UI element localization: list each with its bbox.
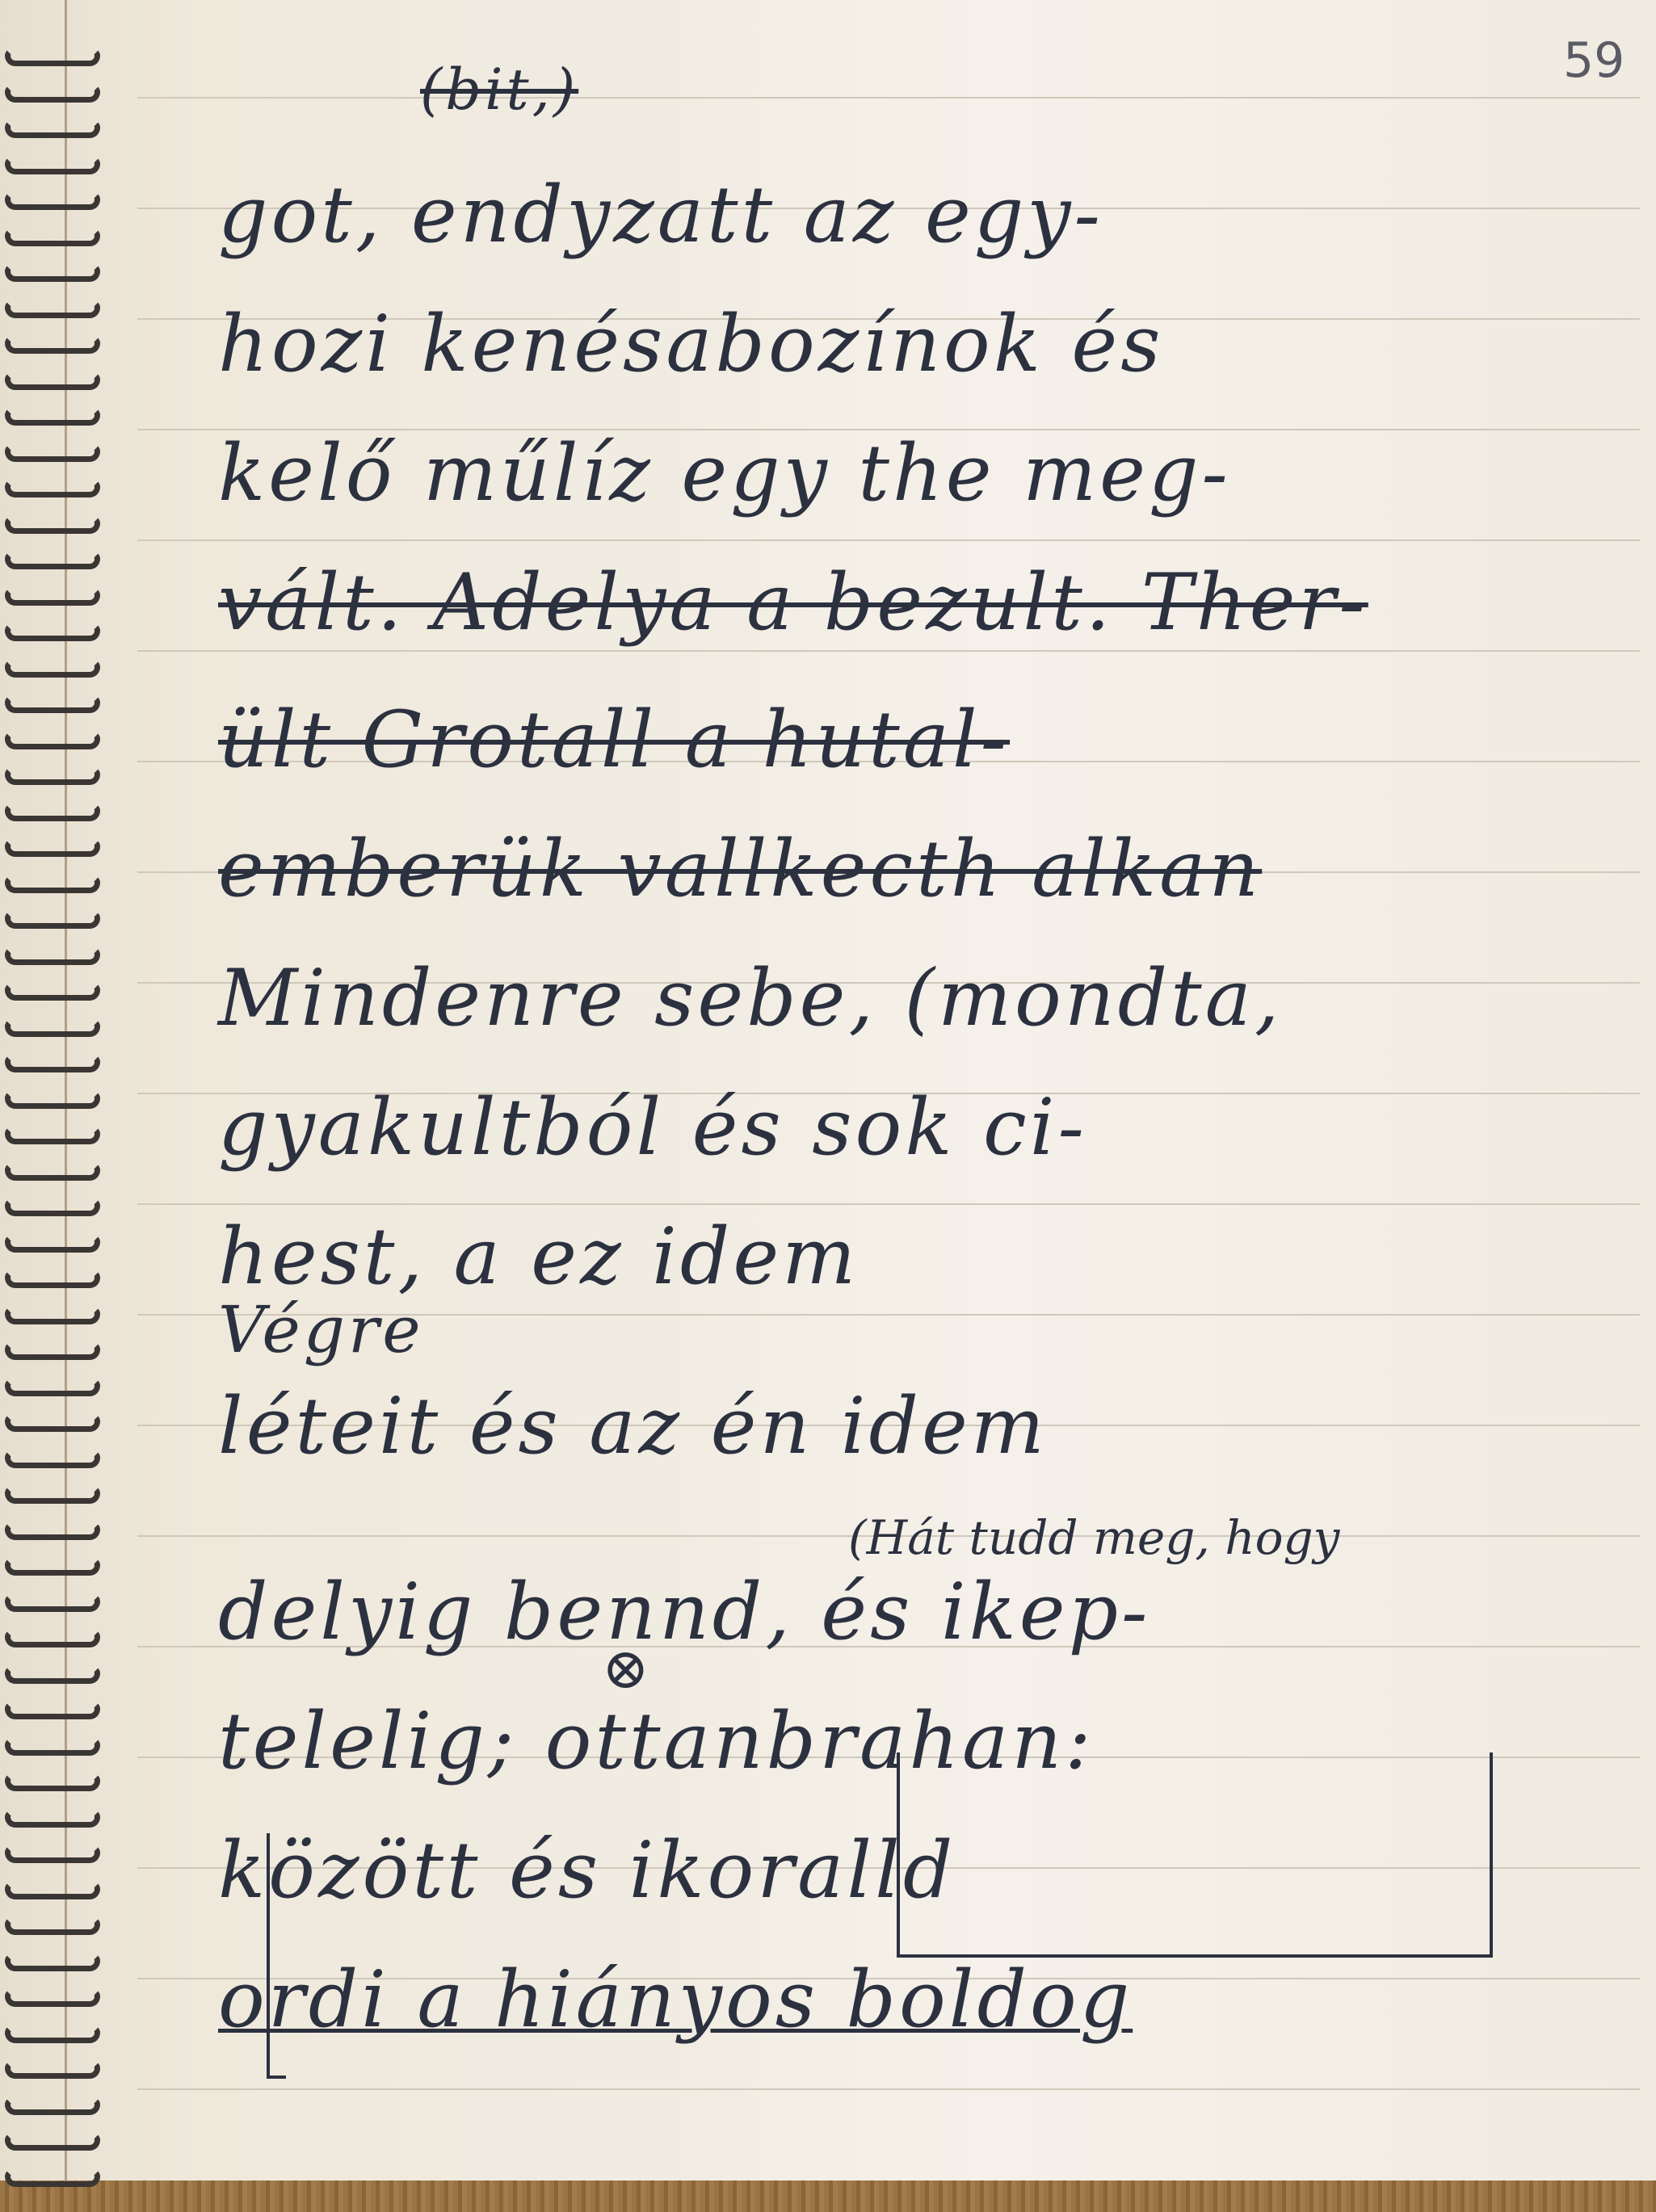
ruled-line: [137, 1203, 1640, 1205]
spiral-ring: [5, 336, 100, 354]
spiral-ring: [5, 1379, 100, 1396]
handwritten-line: Mindenre sebe, (mondta,: [218, 953, 1282, 1043]
spiral-ring: [5, 229, 100, 246]
spiral-ring: [5, 552, 100, 569]
spiral-ring: [5, 1666, 100, 1684]
spiral-ring: [5, 1810, 100, 1828]
spiral-ring: [5, 1270, 100, 1288]
spiral-ring: [5, 1127, 100, 1144]
handwritten-line: kelő műlíz egy the meg-: [218, 428, 1231, 518]
spiral-ring: [5, 1342, 100, 1360]
spiral-ring: [5, 157, 100, 174]
spiral-ring: [5, 623, 100, 641]
spiral-ring: [5, 2133, 100, 2151]
spiral-ring: [5, 875, 100, 893]
spiral-ring: [5, 2025, 100, 2043]
page-number: 59: [1563, 32, 1624, 89]
spiral-ring: [5, 1307, 100, 1324]
spiral-ring: [5, 1450, 100, 1468]
spiral-ring: [5, 1486, 100, 1504]
spiral-ring: [5, 1091, 100, 1109]
spiral-ring: [5, 804, 100, 821]
spiral-ring: [5, 767, 100, 785]
handwritten-line: got, endyzatt az egy-: [218, 170, 1103, 260]
spiral-ring: [5, 372, 100, 390]
spiral-ring: [5, 1630, 100, 1647]
spiral-ring: [5, 120, 100, 138]
spiral-ring: [5, 1055, 100, 1072]
handwritten-line: hest, a ez idem: [218, 1211, 859, 1302]
spiral-ring: [5, 1917, 100, 1935]
spiral-ring: [5, 1198, 100, 1216]
ruled-line: [137, 650, 1640, 652]
handwritten-line: léteit és az én idem: [218, 1381, 1048, 1471]
ruled-line: [137, 2088, 1640, 2090]
spiral-ring: [5, 480, 100, 497]
handwritten-line: hozi kenésabozínok és: [218, 299, 1163, 389]
handwritten-line: vált. Adelya a bezult. Ther-: [218, 557, 1368, 648]
spiral-ring: [5, 1163, 100, 1181]
handwritten-line: gyakultból és sok ci-: [218, 1082, 1087, 1173]
handwritten-line: ült Grotall a hutal-: [218, 695, 1010, 785]
spiral-ring: [5, 444, 100, 462]
spiral-ring: [5, 1845, 100, 1863]
handwritten-line: (bit,): [420, 57, 578, 123]
spiral-ring: [5, 300, 100, 318]
spiral-ring: [5, 1522, 100, 1540]
spiral-ring: [5, 1414, 100, 1432]
spiral-ring: [5, 660, 100, 678]
handwritten-line: emberük vallkecth alkan: [218, 824, 1262, 914]
spiral-ring: [5, 85, 100, 103]
ruled-line: [137, 539, 1640, 541]
spiral-ring: [5, 264, 100, 282]
spiral-ring: [5, 2061, 100, 2079]
spiral-ring: [5, 408, 100, 426]
insertion-bracket: [897, 1752, 1493, 1958]
spiral-ring: [5, 1235, 100, 1253]
spiral-ring: [5, 1738, 100, 1756]
handwritten-line: között és ikoralld: [218, 1825, 956, 1916]
insertion-bracket-left: [267, 1833, 286, 2079]
spiral-binding: [0, 0, 113, 2181]
spiral-ring: [5, 48, 100, 66]
spiral-ring: [5, 2097, 100, 2115]
spiral-ring: [5, 192, 100, 210]
spiral-ring: [5, 516, 100, 534]
spiral-ring: [5, 588, 100, 606]
spiral-ring: [5, 839, 100, 857]
spiral-ring: [5, 695, 100, 713]
spiral-ring: [5, 1954, 100, 1971]
spiral-ring: [5, 2169, 100, 2187]
spiral-ring: [5, 1558, 100, 1576]
spiral-ring: [5, 947, 100, 965]
wooden-table-edge: [0, 2181, 1656, 2212]
spiral-ring: [5, 1773, 100, 1791]
spiral-ring: [5, 1702, 100, 1719]
spiral-ring: [5, 1882, 100, 1899]
margin-annotation: (Hát tudd meg, hogy: [848, 1510, 1339, 1565]
spiral-ring: [5, 1019, 100, 1037]
handwritten-line: ordi a hiányos boldog: [218, 1954, 1133, 2045]
spiral-ring: [5, 1989, 100, 2007]
spiral-ring: [5, 911, 100, 929]
spiral-ring: [5, 732, 100, 749]
asterisk-mark-icon: ⊗: [602, 1635, 649, 1702]
spiral-ring: [5, 983, 100, 1001]
handwritten-line: delyig bennd, és ikep-: [218, 1567, 1150, 1657]
spiral-ring: [5, 1594, 100, 1612]
ruled-line: [137, 97, 1640, 99]
handwritten-line: Végre: [218, 1292, 424, 1367]
